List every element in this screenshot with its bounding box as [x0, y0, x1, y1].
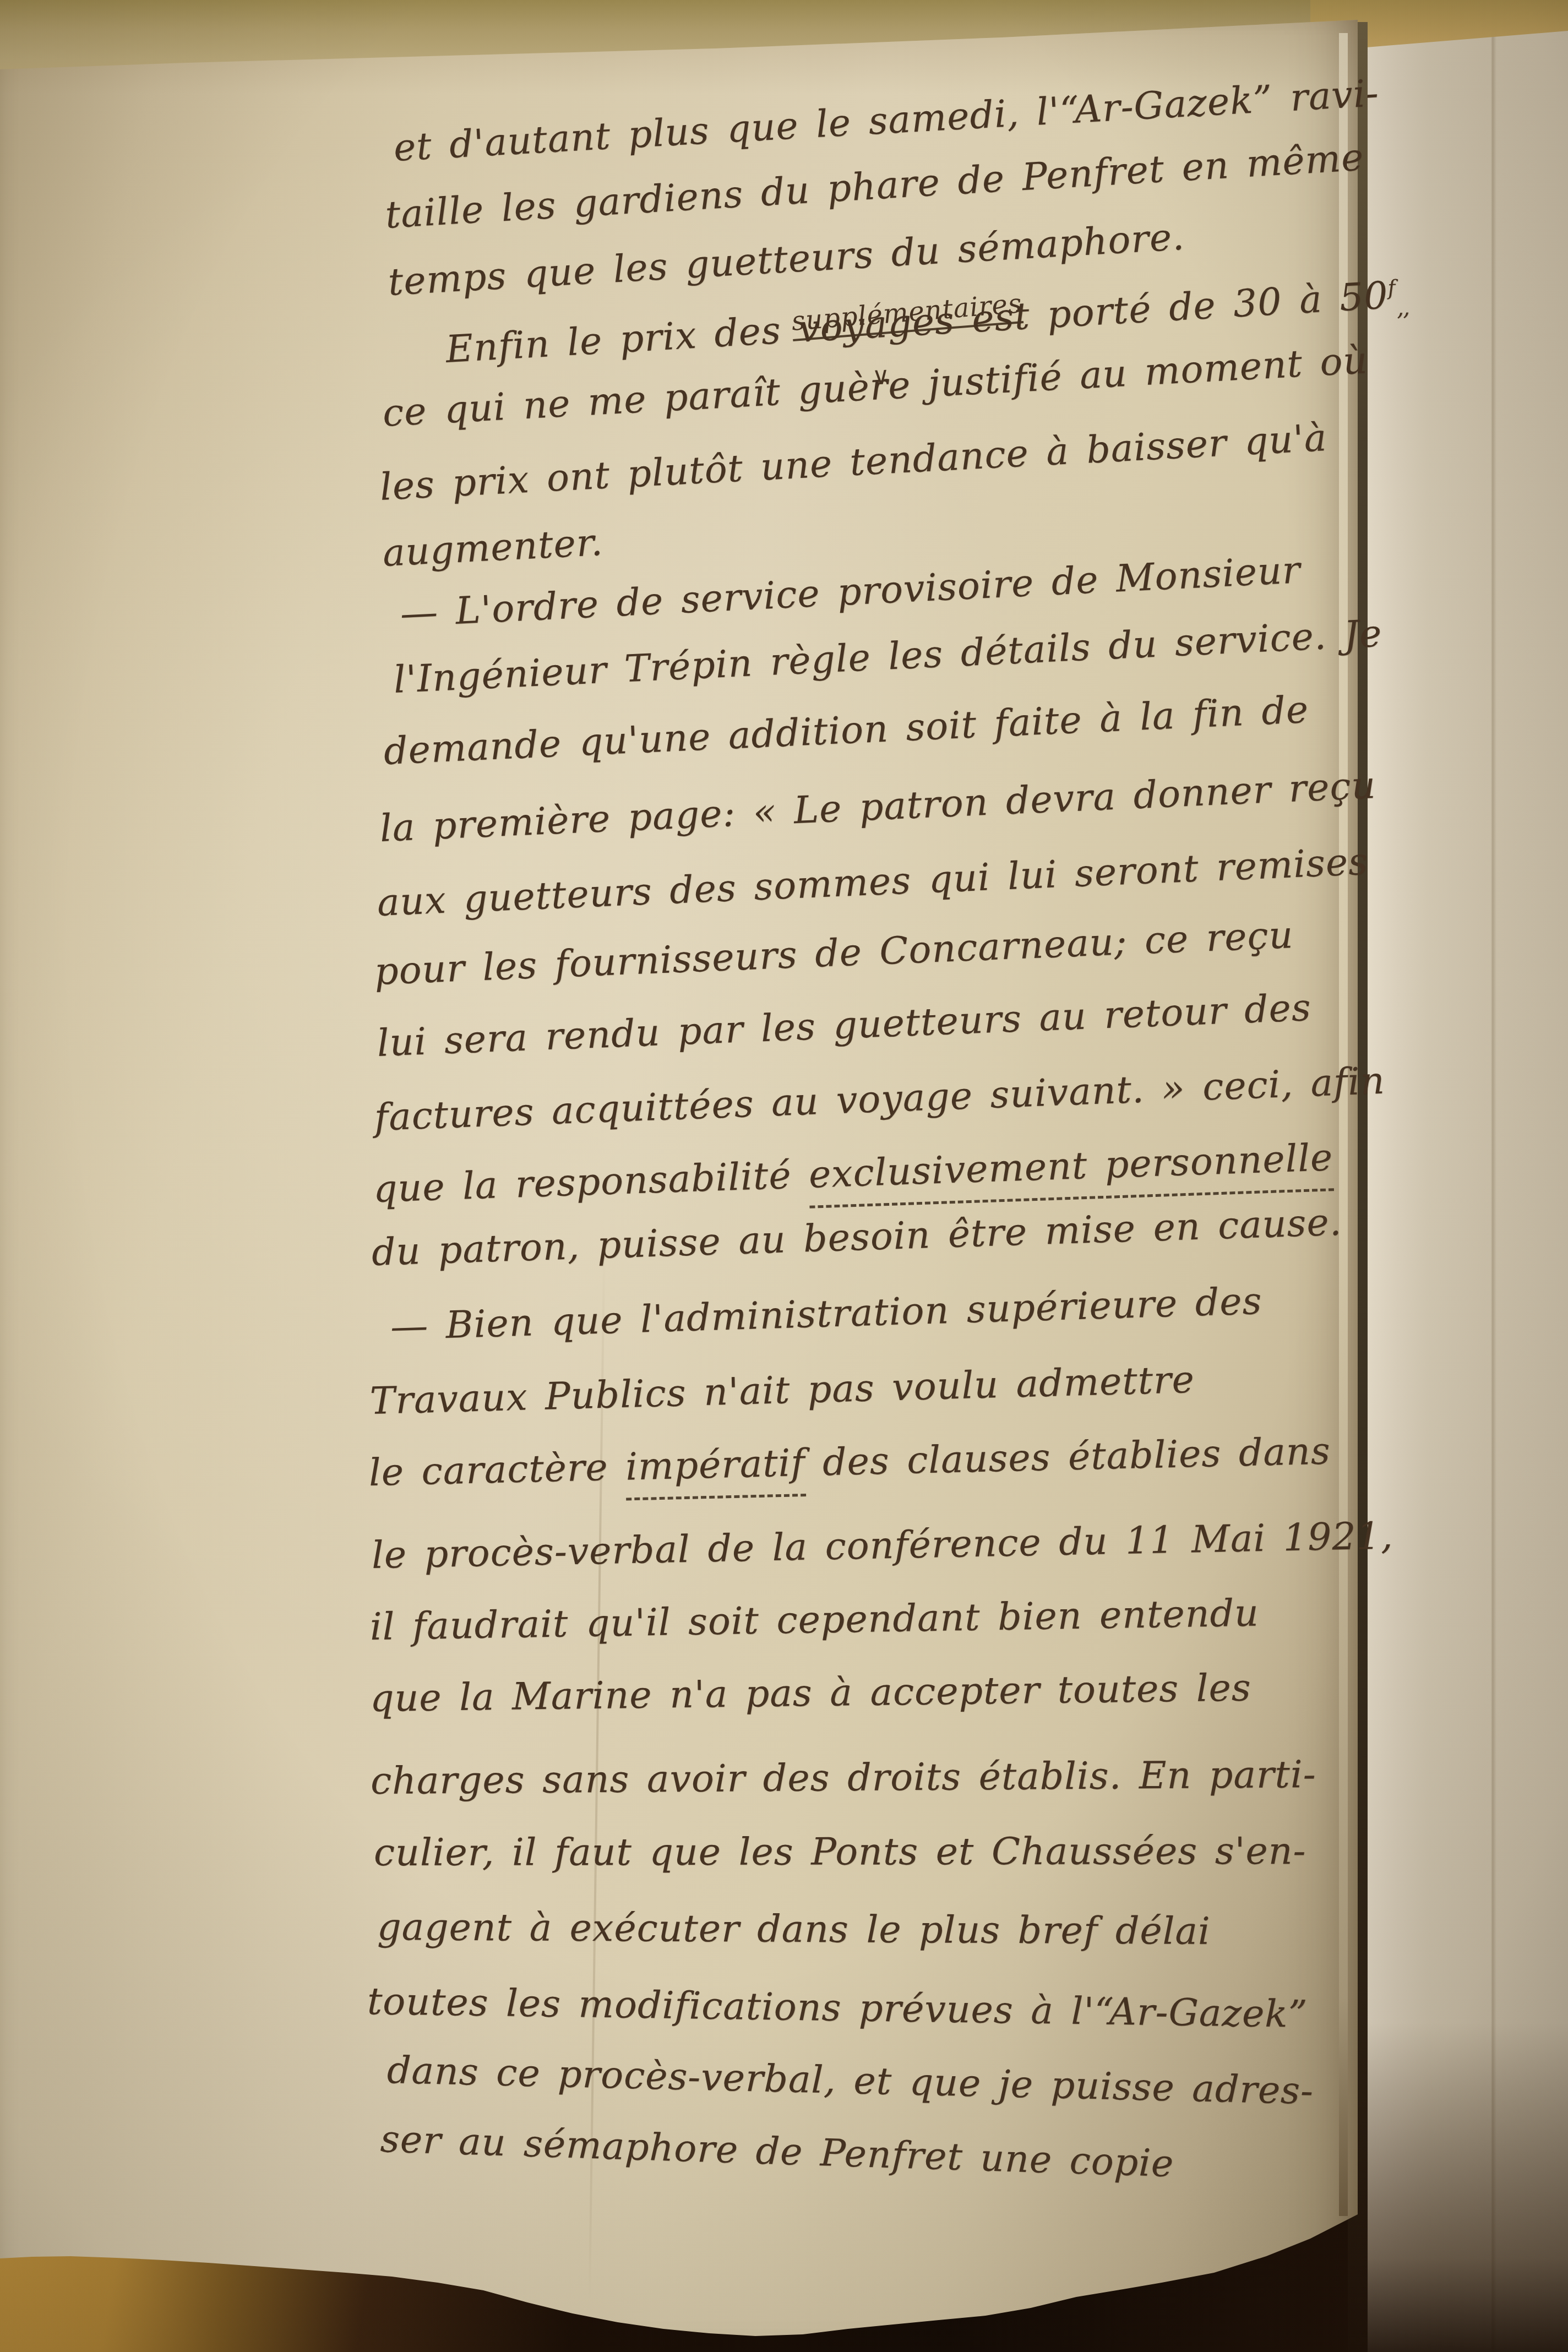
manuscript-line: charges sans avoir des droits établis. E…: [371, 1753, 1316, 1803]
photo-scene: et d'autant plus que le samedi, l'“Ar-Ga…: [0, 0, 1568, 2352]
francs-superscript: f: [1387, 275, 1396, 300]
manuscript-line: gagent à exécuter dans le plus bref déla…: [377, 1905, 1211, 1953]
line-text: le caractère: [368, 1445, 626, 1495]
facing-page: [1366, 0, 1568, 2352]
centimes-subscript: ,,: [1396, 294, 1409, 321]
underlined-word: impératif: [625, 1441, 805, 1500]
manuscript-line: culier, il faut que les Ponts et Chaussé…: [374, 1830, 1306, 1875]
